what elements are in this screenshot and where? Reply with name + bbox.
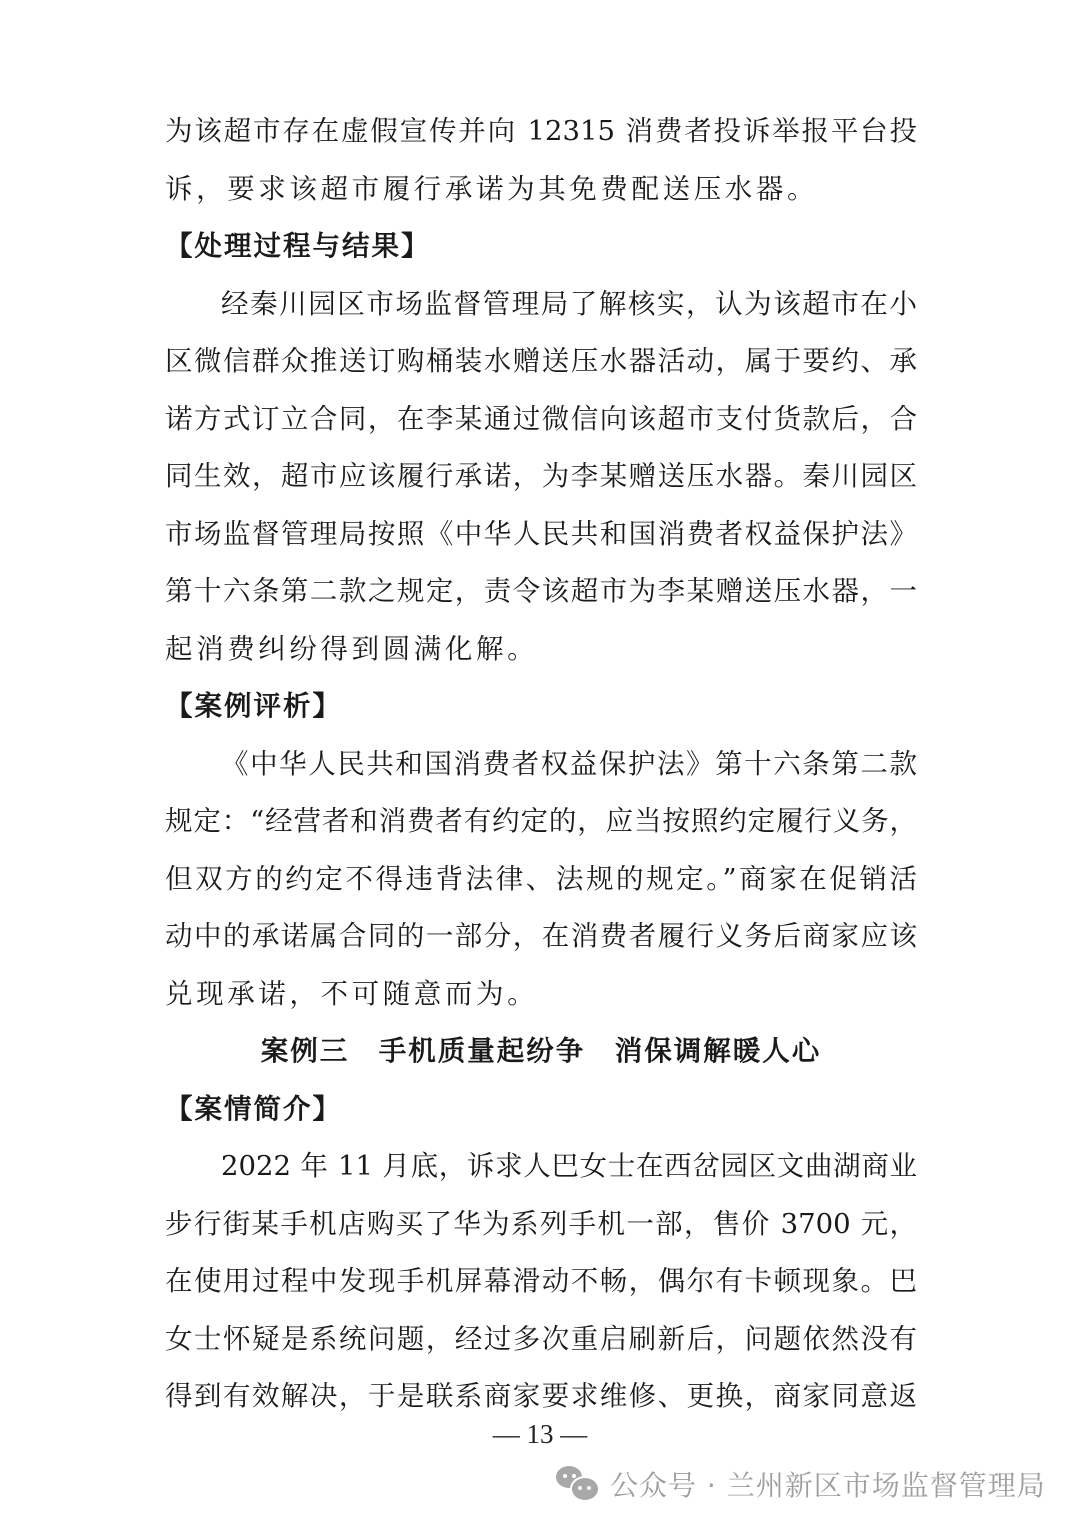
wechat-watermark: 公众号 · 兰州新区市场监督管理局 [556,1458,1046,1510]
document-body: 为该超市存在虚假宣传并向 12315 消费者投诉举报平台投 诉，要求该超市履行承… [165,103,917,1426]
text-line: 经秦川园区市场监督管理局了解核实，认为该超市在小 [165,276,917,334]
text-line: 在使用过程中发现手机屏幕滑动不畅，偶尔有卡顿现象。巴 [165,1253,917,1311]
text-line: 步行街某手机店购买了华为系列手机一部，售价 3700 元， [165,1196,917,1254]
text-line: 《中华人民共和国消费者权益保护法》第十六条第二款 [165,736,917,794]
text-line: 但双方的约定不得违背法律、法规的规定。”商家在促销活 [165,851,917,909]
page-number: — 13 — [0,1419,1080,1450]
text-line: 为该超市存在虚假宣传并向 12315 消费者投诉举报平台投 [165,103,917,161]
text-line: 区微信群众推送订购桶装水赠送压水器活动，属于要约、承 [165,333,917,391]
section-heading: 【案例评析】 [165,678,917,736]
text-line: 诺方式订立合同，在李某通过微信向该超市支付货款后，合 [165,391,917,449]
text-line: 兑现承诺，不可随意而为。 [165,966,917,1024]
text-line: 诉，要求该超市履行承诺为其免费配送压水器。 [165,161,917,219]
section-heading: 【处理过程与结果】 [165,218,917,276]
text-line: 动中的承诺属合同的一部分，在消费者履行义务后商家应该 [165,908,917,966]
text-line: 2022 年 11 月底，诉求人巴女士在西岔园区文曲湖商业 [165,1138,917,1196]
watermark-text: 公众号 · 兰州新区市场监督管理局 [610,1464,1046,1504]
text-line: 第十六条第二款之规定，责令该超市为李某赠送压水器，一 [165,563,917,621]
text-line: 规定：“经营者和消费者有约定的，应当按照约定履行义务， [165,793,917,851]
text-line: 同生效，超市应该履行承诺，为李某赠送压水器。秦川园区 [165,448,917,506]
section-heading: 【案情简介】 [165,1081,917,1139]
text-line: 得到有效解决，于是联系商家要求维修、更换，商家同意返 [165,1368,917,1426]
text-line: 市场监督管理局按照《中华人民共和国消费者权益保护法》 [165,506,917,564]
case-title: 案例三 手机质量起纷争 消保调解暖人心 [165,1023,917,1081]
text-line: 女士怀疑是系统问题，经过多次重启刷新后，问题依然没有 [165,1311,917,1369]
wechat-icon [556,1464,600,1504]
text-line: 起消费纠纷得到圆满化解。 [165,621,917,679]
